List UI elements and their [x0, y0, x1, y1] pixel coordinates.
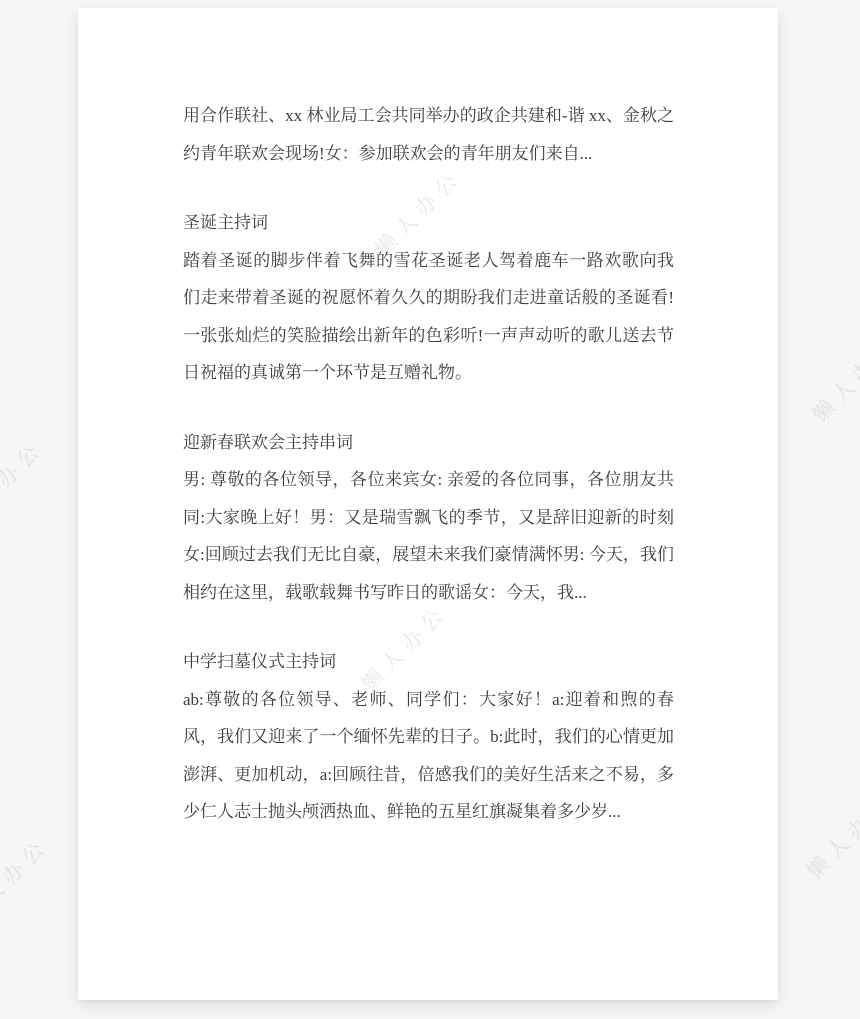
section-christmas: 圣诞主持词 踏着圣诞的脚步伴着飞舞的雪花圣诞老人驾着鹿车一路欢歌向我们走来带着圣… — [183, 204, 674, 392]
section-title: 中学扫墓仪式主持词 — [183, 643, 674, 681]
watermark-text: 懒人办公 — [0, 830, 55, 930]
section-body: ab:尊敬的各位领导、老师、同学们：大家好！a:迎着和煦的春风，我们又迎来了一个… — [183, 681, 674, 831]
document-content: 用合作联社、xx 林业局工会共同举办的政企共建和-谐 xx、金秋之约青年联欢会现… — [78, 8, 778, 1000]
section-body: 男: 尊敬的各位领导，各位来宾女: 亲爱的各位同事，各位朋友共同:大家晚上好！男… — [183, 461, 674, 611]
section-title: 圣诞主持词 — [183, 204, 674, 242]
section-body: 踏着圣诞的脚步伴着飞舞的雪花圣诞老人驾着鹿车一路欢歌向我们走来带着圣诞的祝愿怀着… — [183, 242, 674, 392]
watermark-text: 懒人办公 — [800, 785, 860, 885]
section-tomb-sweeping: 中学扫墓仪式主持词 ab:尊敬的各位领导、老师、同学们：大家好！a:迎着和煦的春… — [183, 643, 674, 831]
intro-paragraph: 用合作联社、xx 林业局工会共同举办的政企共建和-谐 xx、金秋之约青年联欢会现… — [183, 97, 674, 172]
watermark-text: 懒人办公 — [0, 433, 50, 533]
section-new-year-gala: 迎新春联欢会主持串词 男: 尊敬的各位领导，各位来宾女: 亲爱的各位同事，各位朋… — [183, 424, 674, 612]
document-page: 用合作联社、xx 林业局工会共同举办的政企共建和-谐 xx、金秋之约青年联欢会现… — [78, 8, 778, 1000]
document-preview-canvas: 用合作联社、xx 林业局工会共同举办的政企共建和-谐 xx、金秋之约青年联欢会现… — [0, 0, 860, 1019]
watermark-text: 懒人办公 — [805, 328, 860, 428]
section-title: 迎新春联欢会主持串词 — [183, 424, 674, 462]
